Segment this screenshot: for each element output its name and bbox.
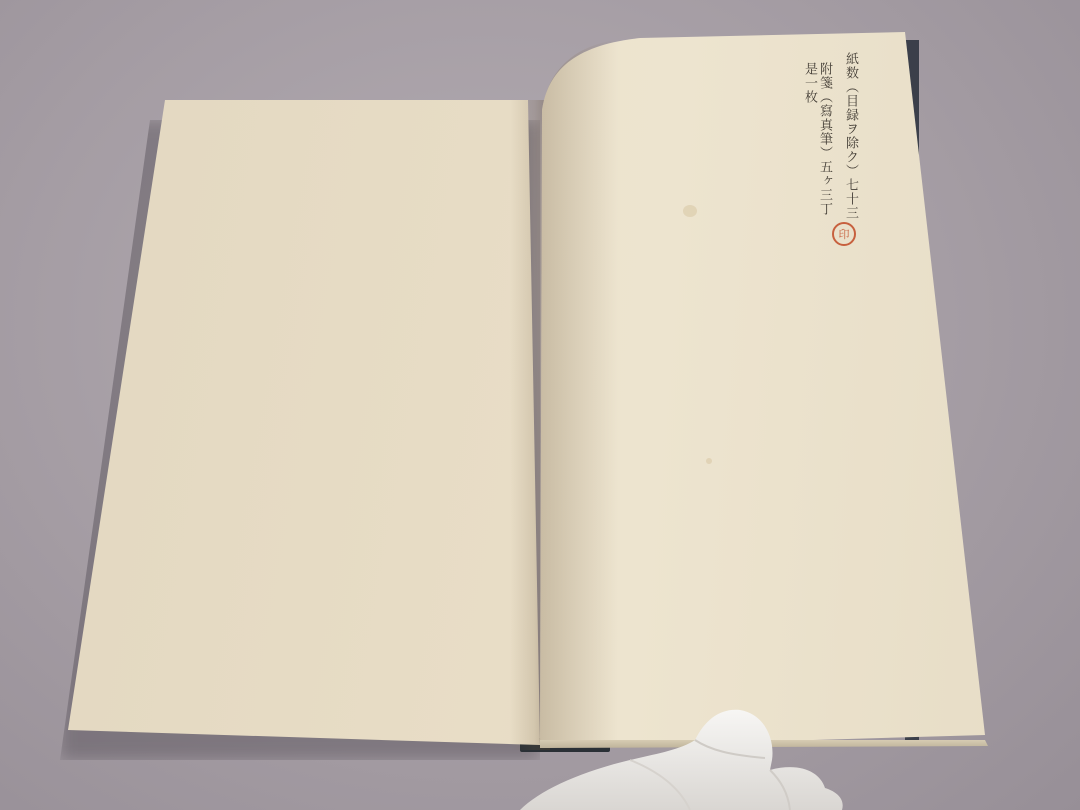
annotation-line-page-count: 紙数（目録ヲ除ク）七十三 (843, 52, 858, 220)
page-curl-shadow (538, 40, 618, 740)
white-gloved-hand (520, 700, 850, 810)
handwritten-annotation: 紙数（目録ヲ除ク）七十三 附箋（寫真筆）五ヶ三丁 是一枚 (808, 52, 868, 222)
paper-foxing-spot (706, 458, 712, 464)
paper-foxing-spot (683, 205, 697, 217)
annotation-line-attached-slip: 附箋（寫真筆）五ヶ三丁 是一枚 (802, 62, 832, 222)
red-seal-stamp-icon: 印 (832, 222, 856, 246)
